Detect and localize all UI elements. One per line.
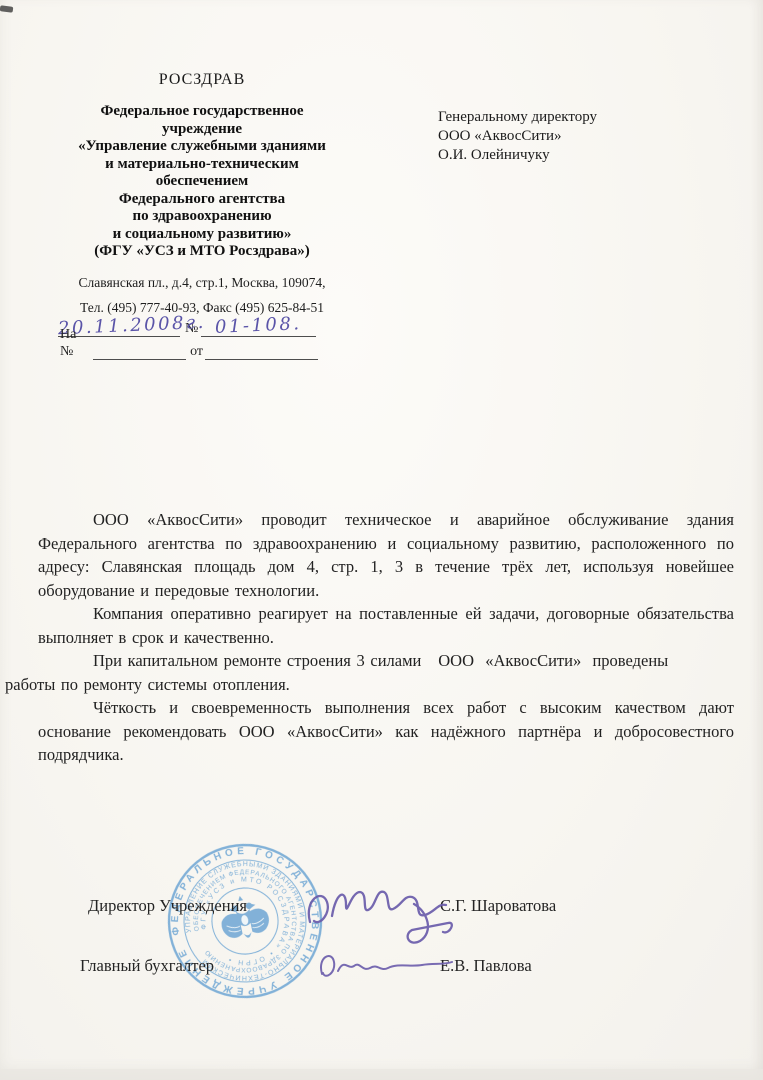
org-line: Федеральное государственное <box>22 103 382 121</box>
addressee-person: О.И. Олейничуку <box>438 146 597 165</box>
body-paragraph: При капитальном ремонте строения 3 силам… <box>5 649 734 696</box>
address-line: Славянская пл., д.4, стр.1, Москва, 1090… <box>22 270 382 295</box>
org-line: учреждение <box>22 121 382 139</box>
agency-name: РОСЗДРАВ <box>22 70 382 90</box>
org-line: и социальному развитию» <box>22 226 382 244</box>
body-paragraph: Чёткость и своевременность выполнения вс… <box>38 696 734 767</box>
na-number-label: На № <box>60 326 93 360</box>
handwritten-number: 01-108. <box>215 314 302 338</box>
scanned-letter-page: РОСЗДРАВ Федеральное государственное учр… <box>0 0 763 1080</box>
accountant-signature <box>312 944 472 990</box>
reference-number-blank <box>93 359 186 360</box>
letter-body: ООО «АквосСити» проводит техническое и а… <box>38 508 734 767</box>
org-line: «Управление служебными зданиями <box>22 138 382 156</box>
reference-date-blank <box>205 359 318 360</box>
body-paragraph: Компания оперативно реагирует на поставл… <box>38 602 734 649</box>
org-line: по здравоохранению <box>22 208 382 226</box>
scan-bottom-edge <box>0 1069 763 1080</box>
outgoing-number-field: 01-108. <box>201 316 316 337</box>
org-line: Федерального агентства <box>22 191 382 209</box>
body-line: работы по ремонту системы отопления. <box>5 675 290 694</box>
scanner-artifact <box>0 5 13 13</box>
addressee-block: Генеральному директору ООО «АквосСити» О… <box>438 108 597 165</box>
addressee-position: Генеральному директору <box>438 108 597 127</box>
addressee-company: ООО «АквосСити» <box>438 127 597 146</box>
organization-name: Федеральное государственное учреждение «… <box>22 103 382 261</box>
org-line: (ФГУ «УСЗ и МТО Росздрава») <box>22 243 382 261</box>
date-number-row: 20.11.2008г. № 01-108. <box>58 310 316 337</box>
reference-row: На № от <box>60 341 318 360</box>
org-line: обеспечением <box>22 173 382 191</box>
letterhead: РОСЗДРАВ Федеральное государственное учр… <box>22 70 382 320</box>
org-line: и материально-техническим <box>22 156 382 174</box>
signature-title-accountant: Главный бухгалтер <box>80 956 214 976</box>
signature-title-director: Директор Учреждения <box>88 896 247 916</box>
body-line: При капитальном ремонте строения 3 силам… <box>93 651 668 670</box>
body-paragraph: ООО «АквосСити» проводит техническое и а… <box>38 508 734 602</box>
ot-label: от <box>190 343 203 360</box>
